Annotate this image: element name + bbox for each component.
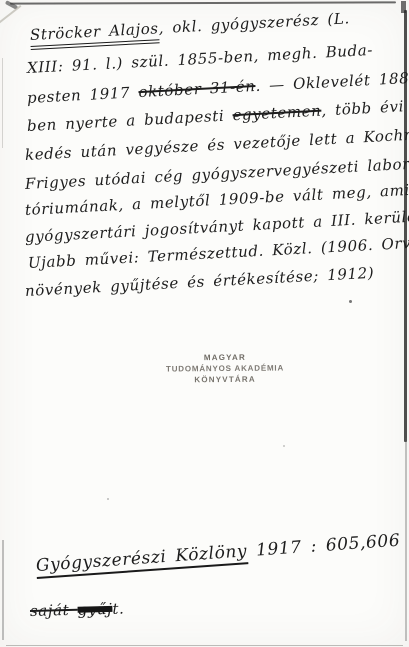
paper-speck: [283, 445, 285, 447]
journal-reference-line: Gyógyszerészi Közlöny 1917 : 605,606 l.i: [35, 527, 409, 576]
struck-text-segment: október 31-én: [138, 77, 256, 101]
struck-text-segment: egyetemen: [232, 102, 322, 125]
reference-pages: 1917 : 605,606 l.: [246, 529, 409, 561]
blotted-text-segment: gyűj: [77, 600, 112, 619]
text-segment: , több évi segéd-: [321, 94, 409, 120]
paper-crease-top-left: [0, 5, 21, 25]
handwritten-line-1: Ströcker Alajos, okl. gyógyszerész (L.: [30, 9, 351, 44]
scan-edge-top: [10, 1, 396, 4]
entry-name-underlined: Ströcker Alajos: [30, 19, 160, 50]
library-stamp: MAGYAR TUDOMÁNYOS AKADÉMIA KÖNYVTÁRA: [140, 351, 310, 385]
scan-edge-left-lower: [2, 540, 4, 640]
text-segment: ben nyerte a budapesti: [27, 106, 234, 135]
scan-edge-left-faint: [2, 58, 3, 148]
text-segment: pesten 1917: [27, 83, 139, 107]
stamp-line-3: KÖNYVTÁRA: [140, 373, 310, 385]
scan-edge-bottom: [6, 645, 403, 646]
text-segment: , okl. gyógyszerész (L.: [158, 9, 350, 37]
source-note-line: saját gyűjt.: [30, 600, 125, 620]
struck-text-segment: saját: [30, 601, 78, 620]
paper-speck: [107, 498, 109, 500]
journal-title-underlined: Gyógyszerészi Közlöny: [35, 541, 248, 579]
stamp-line-1: MAGYAR: [140, 351, 310, 363]
index-card-scan: Ströcker Alajos, okl. gyógyszerész (L. X…: [0, 0, 409, 647]
scan-corner-top-right: [401, 1, 406, 13]
stamp-line-2: TUDOMÁNYOS AKADÉMIA: [140, 362, 310, 374]
ink-speck: [349, 300, 352, 303]
text-segment: . — Oklevelét 1881-: [255, 68, 409, 95]
text-segment: t.: [112, 600, 124, 618]
scan-corner-top-left: [5, 0, 18, 10]
